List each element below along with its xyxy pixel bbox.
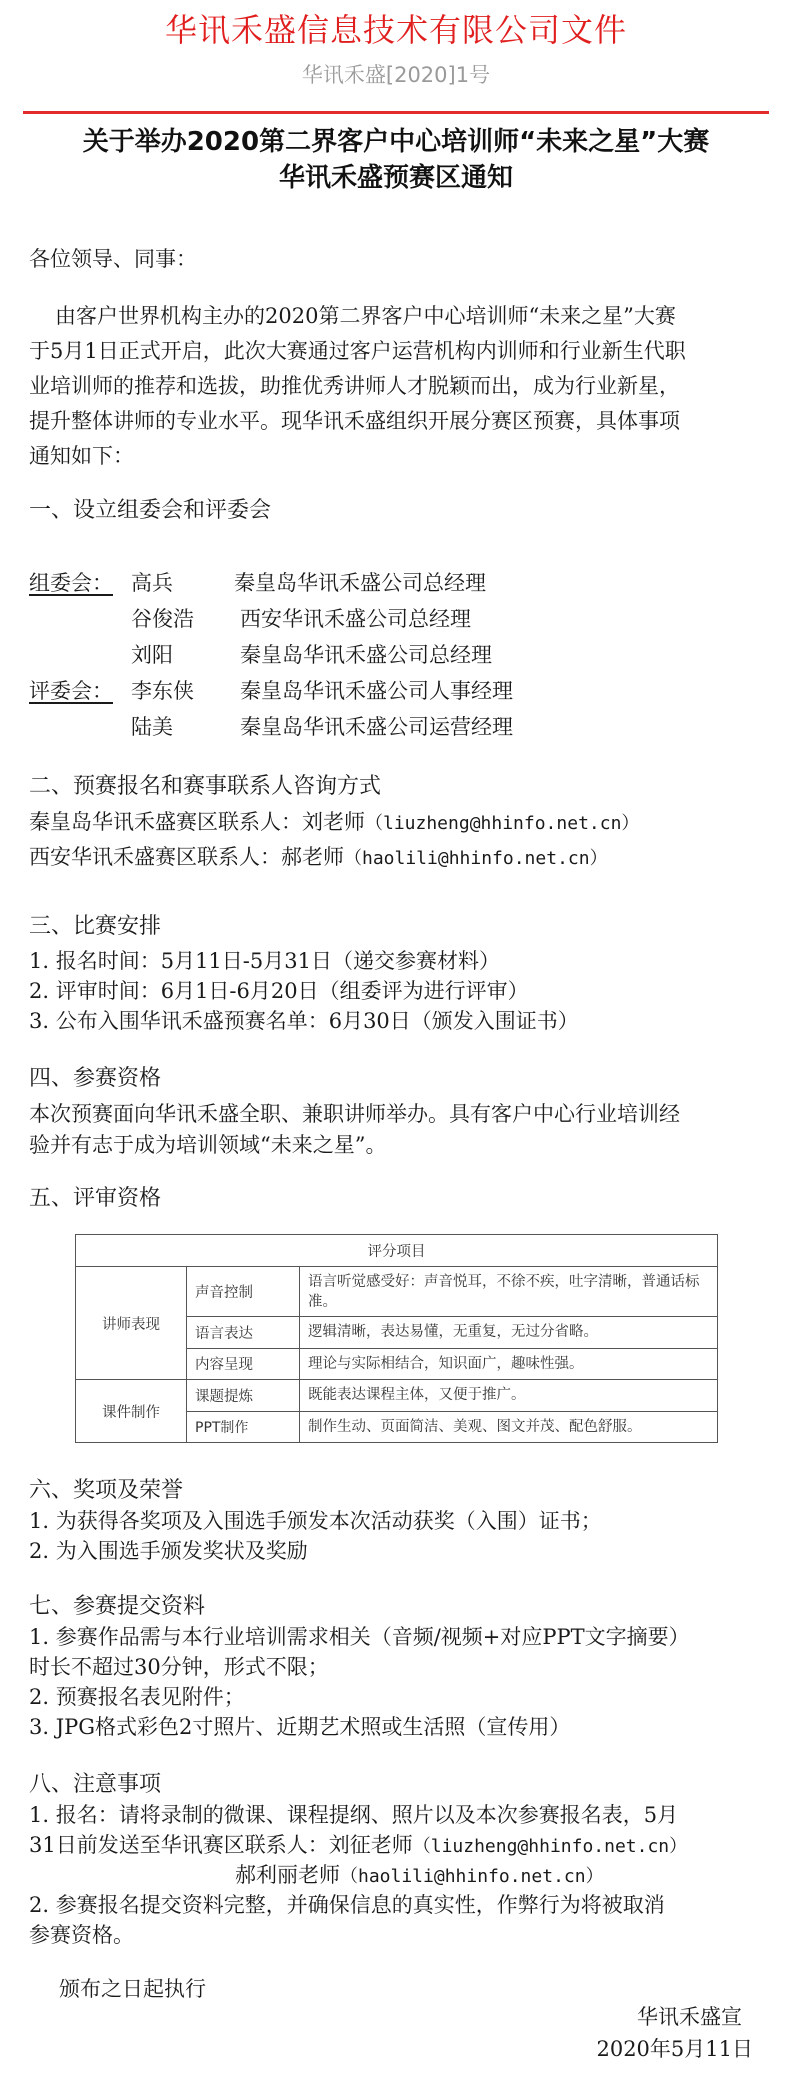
category-cell: 课件制作	[76, 1380, 187, 1443]
notice-line-4: 2. 参赛报名提交资料完整，并确保信息的真实性，作弊行为将被取消	[29, 1890, 665, 1920]
contact-email-link[interactable]: （haolili@hhinfo.net.cn）	[344, 848, 608, 869]
contact-email-link[interactable]: （haolili@hhinfo.net.cn）	[340, 1866, 604, 1887]
submission-line: 时长不超过30分钟，形式不限；	[29, 1652, 329, 1682]
contact-label: 西安华讯禾盛赛区联系人：郝老师	[29, 845, 344, 869]
contact-email-link[interactable]: （liuzheng@hhinfo.net.cn）	[413, 1836, 687, 1857]
contact-label: 郝利丽老师	[235, 1863, 340, 1887]
headline-line-2: 华讯禾盛预赛区通知	[0, 160, 792, 196]
member-name: 陆美	[131, 710, 173, 744]
contact-email-link[interactable]: （liuzheng@hhinfo.net.cn）	[365, 813, 639, 834]
judging-committee-label: 评委会：	[29, 674, 113, 708]
member-title: 秦皇岛华讯禾盛公司人事经理	[240, 674, 513, 708]
schedule-item: 1. 报名时间：5月11日-5月31日（递交参赛材料）	[29, 946, 500, 976]
notice-line-3: 郝利丽老师（haolili@hhinfo.net.cn）	[235, 1860, 604, 1892]
greeting: 各位领导、同事：	[29, 242, 197, 276]
intro-line-2: 于5月1日正式开启，此次大赛通过客户运营机构内训师和行业新生代职	[29, 334, 686, 368]
submission-line: 2. 预赛报名表见附件；	[29, 1682, 245, 1712]
section-8-heading: 八、注意事项	[29, 1768, 161, 1802]
red-divider-rule	[23, 111, 769, 114]
section-3-heading: 三、比赛安排	[29, 910, 161, 944]
effective-date-note: 颁布之日起执行	[59, 1972, 206, 2006]
table-row: 课件制作 课题提炼 既能表达课程主体，又便于推广。	[76, 1380, 718, 1412]
intro-line-3: 业培训师的推荐和选拔，助推优秀讲师人才脱颖而出，成为行业新星，	[29, 369, 680, 403]
award-item: 2. 为入围选手颁发奖状及奖励	[29, 1536, 308, 1566]
item-cell: 声音控制	[187, 1267, 300, 1317]
description-cell: 制作生动、页面简洁、美观、图文并茂、配色舒服。	[300, 1411, 718, 1443]
member-title: 秦皇岛华讯禾盛公司运营经理	[240, 710, 513, 744]
contact-label: 秦皇岛华讯禾盛赛区联系人：刘老师	[29, 810, 365, 834]
scoring-criteria-table: 评分项目 讲师表现 声音控制 语言听觉感受好：声音悦耳，不徐不疾，吐字清晰，普通…	[75, 1234, 718, 1443]
item-cell: 课题提炼	[187, 1380, 300, 1412]
item-cell: 内容呈现	[187, 1348, 300, 1380]
section-4-heading: 四、参赛资格	[29, 1062, 161, 1096]
schedule-item: 2. 评审时间：6月1日-6月20日（组委评为进行评审）	[29, 976, 529, 1006]
contact-xian: 西安华讯禾盛赛区联系人：郝老师（haolili@hhinfo.net.cn）	[29, 840, 608, 876]
notice-line-5: 参赛资格。	[29, 1920, 134, 1950]
category-cell: 讲师表现	[76, 1267, 187, 1380]
description-cell: 既能表达课程主体，又便于推广。	[300, 1380, 718, 1412]
submission-line: 3. JPG格式彩色2寸照片、近期艺术照或生活照（宣传用）	[29, 1712, 570, 1742]
contact-label: 31日前发送至华讯赛区联系人：刘征老师	[29, 1833, 413, 1857]
schedule-item: 3. 公布入围华讯禾盛预赛名单：6月30日（颁发入围证书）	[29, 1006, 579, 1036]
section-1-heading: 一、设立组委会和评委会	[29, 494, 271, 528]
member-title: 秦皇岛华讯禾盛公司总经理	[234, 566, 486, 600]
organizing-committee-label: 组委会：	[29, 566, 113, 600]
eligibility-line-1: 本次预赛面向华讯禾盛全职、兼职讲师举办。具有客户中心行业培训经	[29, 1099, 680, 1129]
member-title: 秦皇岛华讯禾盛公司总经理	[240, 638, 492, 672]
section-6-heading: 六、奖项及荣誉	[29, 1474, 183, 1508]
signature: 华讯禾盛宣	[408, 2002, 742, 2032]
document-org-title: 华讯禾盛信息技术有限公司文件	[0, 8, 792, 52]
intro-line-1: 由客户世界机构主办的2020第二界客户中心培训师“未来之星”大赛	[55, 299, 676, 333]
section-5-heading: 五、评审资格	[29, 1182, 161, 1216]
member-name: 高兵	[131, 566, 173, 600]
description-cell: 语言听觉感受好：声音悦耳，不徐不疾，吐字清晰，普通话标准。	[300, 1267, 718, 1317]
eligibility-line-2: 验并有志于成为培训领域“未来之星”。	[29, 1130, 386, 1160]
member-name: 李东侠	[131, 674, 194, 708]
intro-line-5: 通知如下：	[29, 439, 134, 473]
member-name: 刘阳	[131, 638, 173, 672]
description-cell: 逻辑清晰，表达易懂，无重复，无过分省略。	[300, 1317, 718, 1349]
award-item: 1. 为获得各奖项及入围选手颁发本次活动获奖（入围）证书；	[29, 1506, 602, 1536]
item-cell: PPT制作	[187, 1411, 300, 1443]
section-2-heading: 二、预赛报名和赛事联系人咨询方式	[29, 770, 381, 804]
item-cell: 语言表达	[187, 1317, 300, 1349]
notice-line-1: 1. 报名：请将录制的微课、课程提纲、照片以及本次参赛报名表，5月	[29, 1800, 678, 1830]
table-header: 评分项目	[76, 1235, 718, 1267]
notice-line-2: 31日前发送至华讯赛区联系人：刘征老师（liuzheng@hhinfo.net.…	[29, 1830, 687, 1862]
section-7-heading: 七、参赛提交资料	[29, 1590, 205, 1624]
description-cell: 理论与实际相结合，知识面广，趣味性强。	[300, 1348, 718, 1380]
signature-date: 2020年5月11日	[408, 2034, 753, 2064]
headline-line-1: 关于举办2020第二界客户中心培训师“未来之星”大赛	[0, 124, 792, 160]
intro-line-4: 提升整体讲师的专业水平。现华讯禾盛组织开展分赛区预赛，具体事项	[29, 404, 680, 438]
contact-qinhuangdao: 秦皇岛华讯禾盛赛区联系人：刘老师（liuzheng@hhinfo.net.cn）	[29, 805, 639, 841]
document-number: 华讯禾盛[2020]1号	[0, 60, 792, 90]
table-row: 讲师表现 声音控制 语言听觉感受好：声音悦耳，不徐不疾，吐字清晰，普通话标准。	[76, 1267, 718, 1317]
member-title: 西安华讯禾盛公司总经理	[240, 602, 471, 636]
submission-line: 1. 参赛作品需与本行业培训需求相关（音频/视频+对应PPT文字摘要）	[29, 1622, 690, 1652]
member-name: 谷俊浩	[131, 602, 194, 636]
